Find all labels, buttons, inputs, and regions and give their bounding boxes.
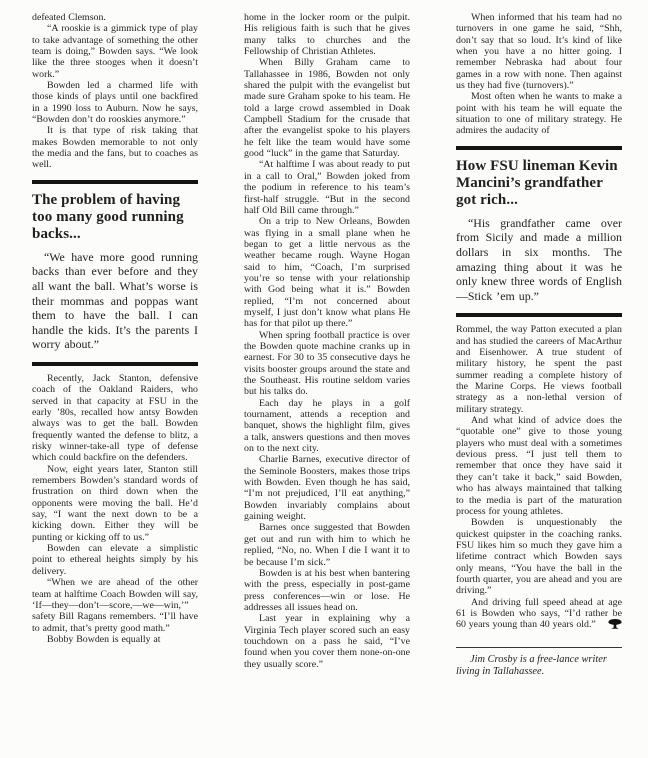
end-of-article-tree-icon [608,619,622,630]
article-paragraph: And what kind of advice does the “quotab… [456,415,622,517]
final-paragraph-wrap: And driving full speed ahead at age 61 i… [456,597,622,631]
divider-rule-bottom [32,362,198,366]
divider-rule-bottom [456,313,622,317]
column-2: home in the locker room or the pulpit. H… [244,12,410,758]
pull-quote: “His grandfather came over from Sicily a… [456,216,622,304]
article-paragraph: “When we are ahead of the other team at … [32,577,198,634]
author-credit: Jim Crosby is a free-lance writer living… [456,647,622,679]
article-paragraph: “A rooskie is a gimmick type of play to … [32,23,198,80]
article-paragraph: And driving full speed ahead at age 61 i… [456,597,622,631]
article-paragraph: Barnes once suggested that Bowden get ou… [244,522,410,567]
sidebar-running-backs: The problem of having too many good runn… [32,180,198,366]
article-paragraph: Bobby Bowden is equally at [32,634,198,645]
article-paragraph: Bowden led a charmed life with those kin… [32,80,198,125]
article-paragraph: Each day he plays in a golf tournament, … [244,398,410,455]
article-paragraph: Now, eight years later, Stanton still re… [32,464,198,543]
pull-quote: “We have more good running backs than ev… [32,250,198,352]
article-paragraph: When Billy Graham came to Tallahassee in… [244,57,410,159]
article-paragraph: Recently, Jack Stanton, defensive coach … [32,373,198,464]
article-paragraph: Most often when he wants to make a point… [456,91,622,136]
article-paragraph: “At halftime I was about ready to put in… [244,159,410,216]
article-paragraph: home in the locker room or the pulpit. H… [244,12,410,57]
magazine-page: defeated Clemson. “A rooskie is a gimmic… [0,0,648,758]
article-paragraph: When informed that his team had no turno… [456,12,622,91]
sidebar-grandfather: How FSU lineman Kevin Mancini’s grandfat… [456,146,622,318]
divider-rule-top [32,180,198,184]
column-3: When informed that his team had no turno… [456,12,622,758]
column-1: defeated Clemson. “A rooskie is a gimmic… [32,12,198,758]
sidebar-title: The problem of having too many good runn… [32,192,198,243]
divider-rule-top [456,146,622,150]
article-paragraph: defeated Clemson. [32,12,198,23]
article-paragraph: Charlie Barnes, executive director of th… [244,454,410,522]
article-paragraph: Bowden is at his best when bantering wit… [244,568,410,613]
article-paragraph: On a trip to New Orleans, Bowden was fly… [244,216,410,329]
sidebar-title: How FSU lineman Kevin Mancini’s grandfat… [456,158,622,209]
article-paragraph: It is that type of risk taking that make… [32,125,198,170]
article-paragraph: Last year in explaining why a Virginia T… [244,613,410,670]
author-credit-text: Jim Crosby is a free-lance writer living… [456,654,622,679]
article-paragraph: When spring football practice is over th… [244,330,410,398]
article-paragraph: Bowden is unquestionably the quickest qu… [456,517,622,596]
article-paragraph: Rommel, the way Patton executed a plan a… [456,324,622,415]
article-paragraph: Bowden can elevate a simplistic point to… [32,543,198,577]
